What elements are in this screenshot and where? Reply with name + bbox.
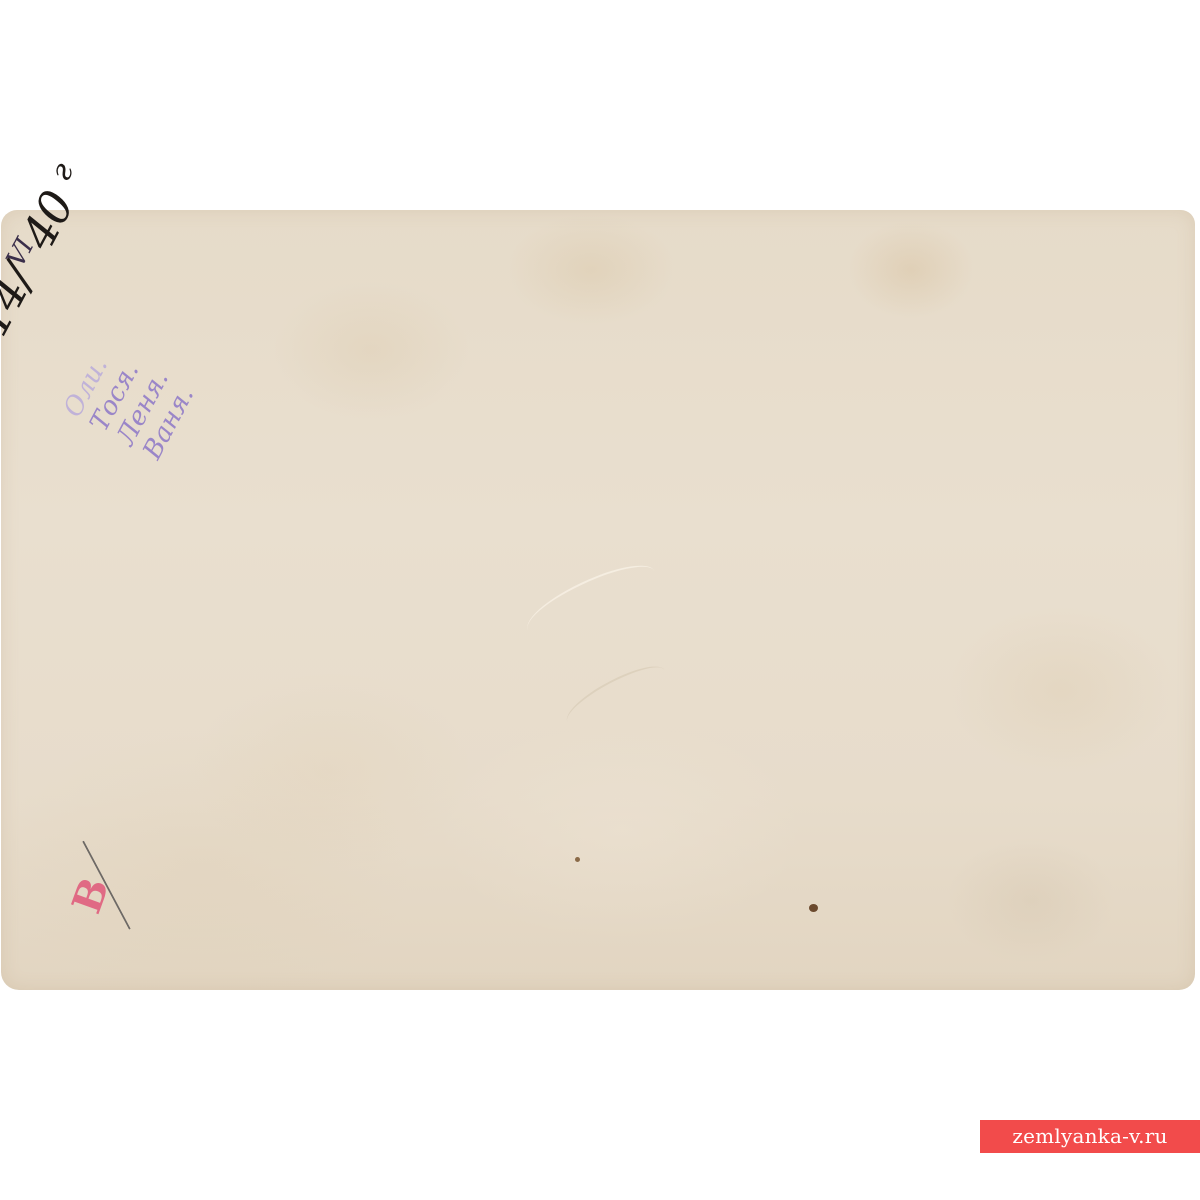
dirt-speck xyxy=(575,857,580,862)
date-suffix: г xyxy=(43,158,81,187)
paper-crease xyxy=(518,555,664,646)
dirt-speck xyxy=(809,904,818,912)
paper-crease xyxy=(560,656,672,736)
image-stage: 14/VI40 г Оли. Тося. Леня. Ваня. В zemly… xyxy=(0,0,1200,1200)
site-watermark: zemlyanka-v.ru xyxy=(980,1120,1200,1153)
photo-card-back xyxy=(1,210,1195,990)
